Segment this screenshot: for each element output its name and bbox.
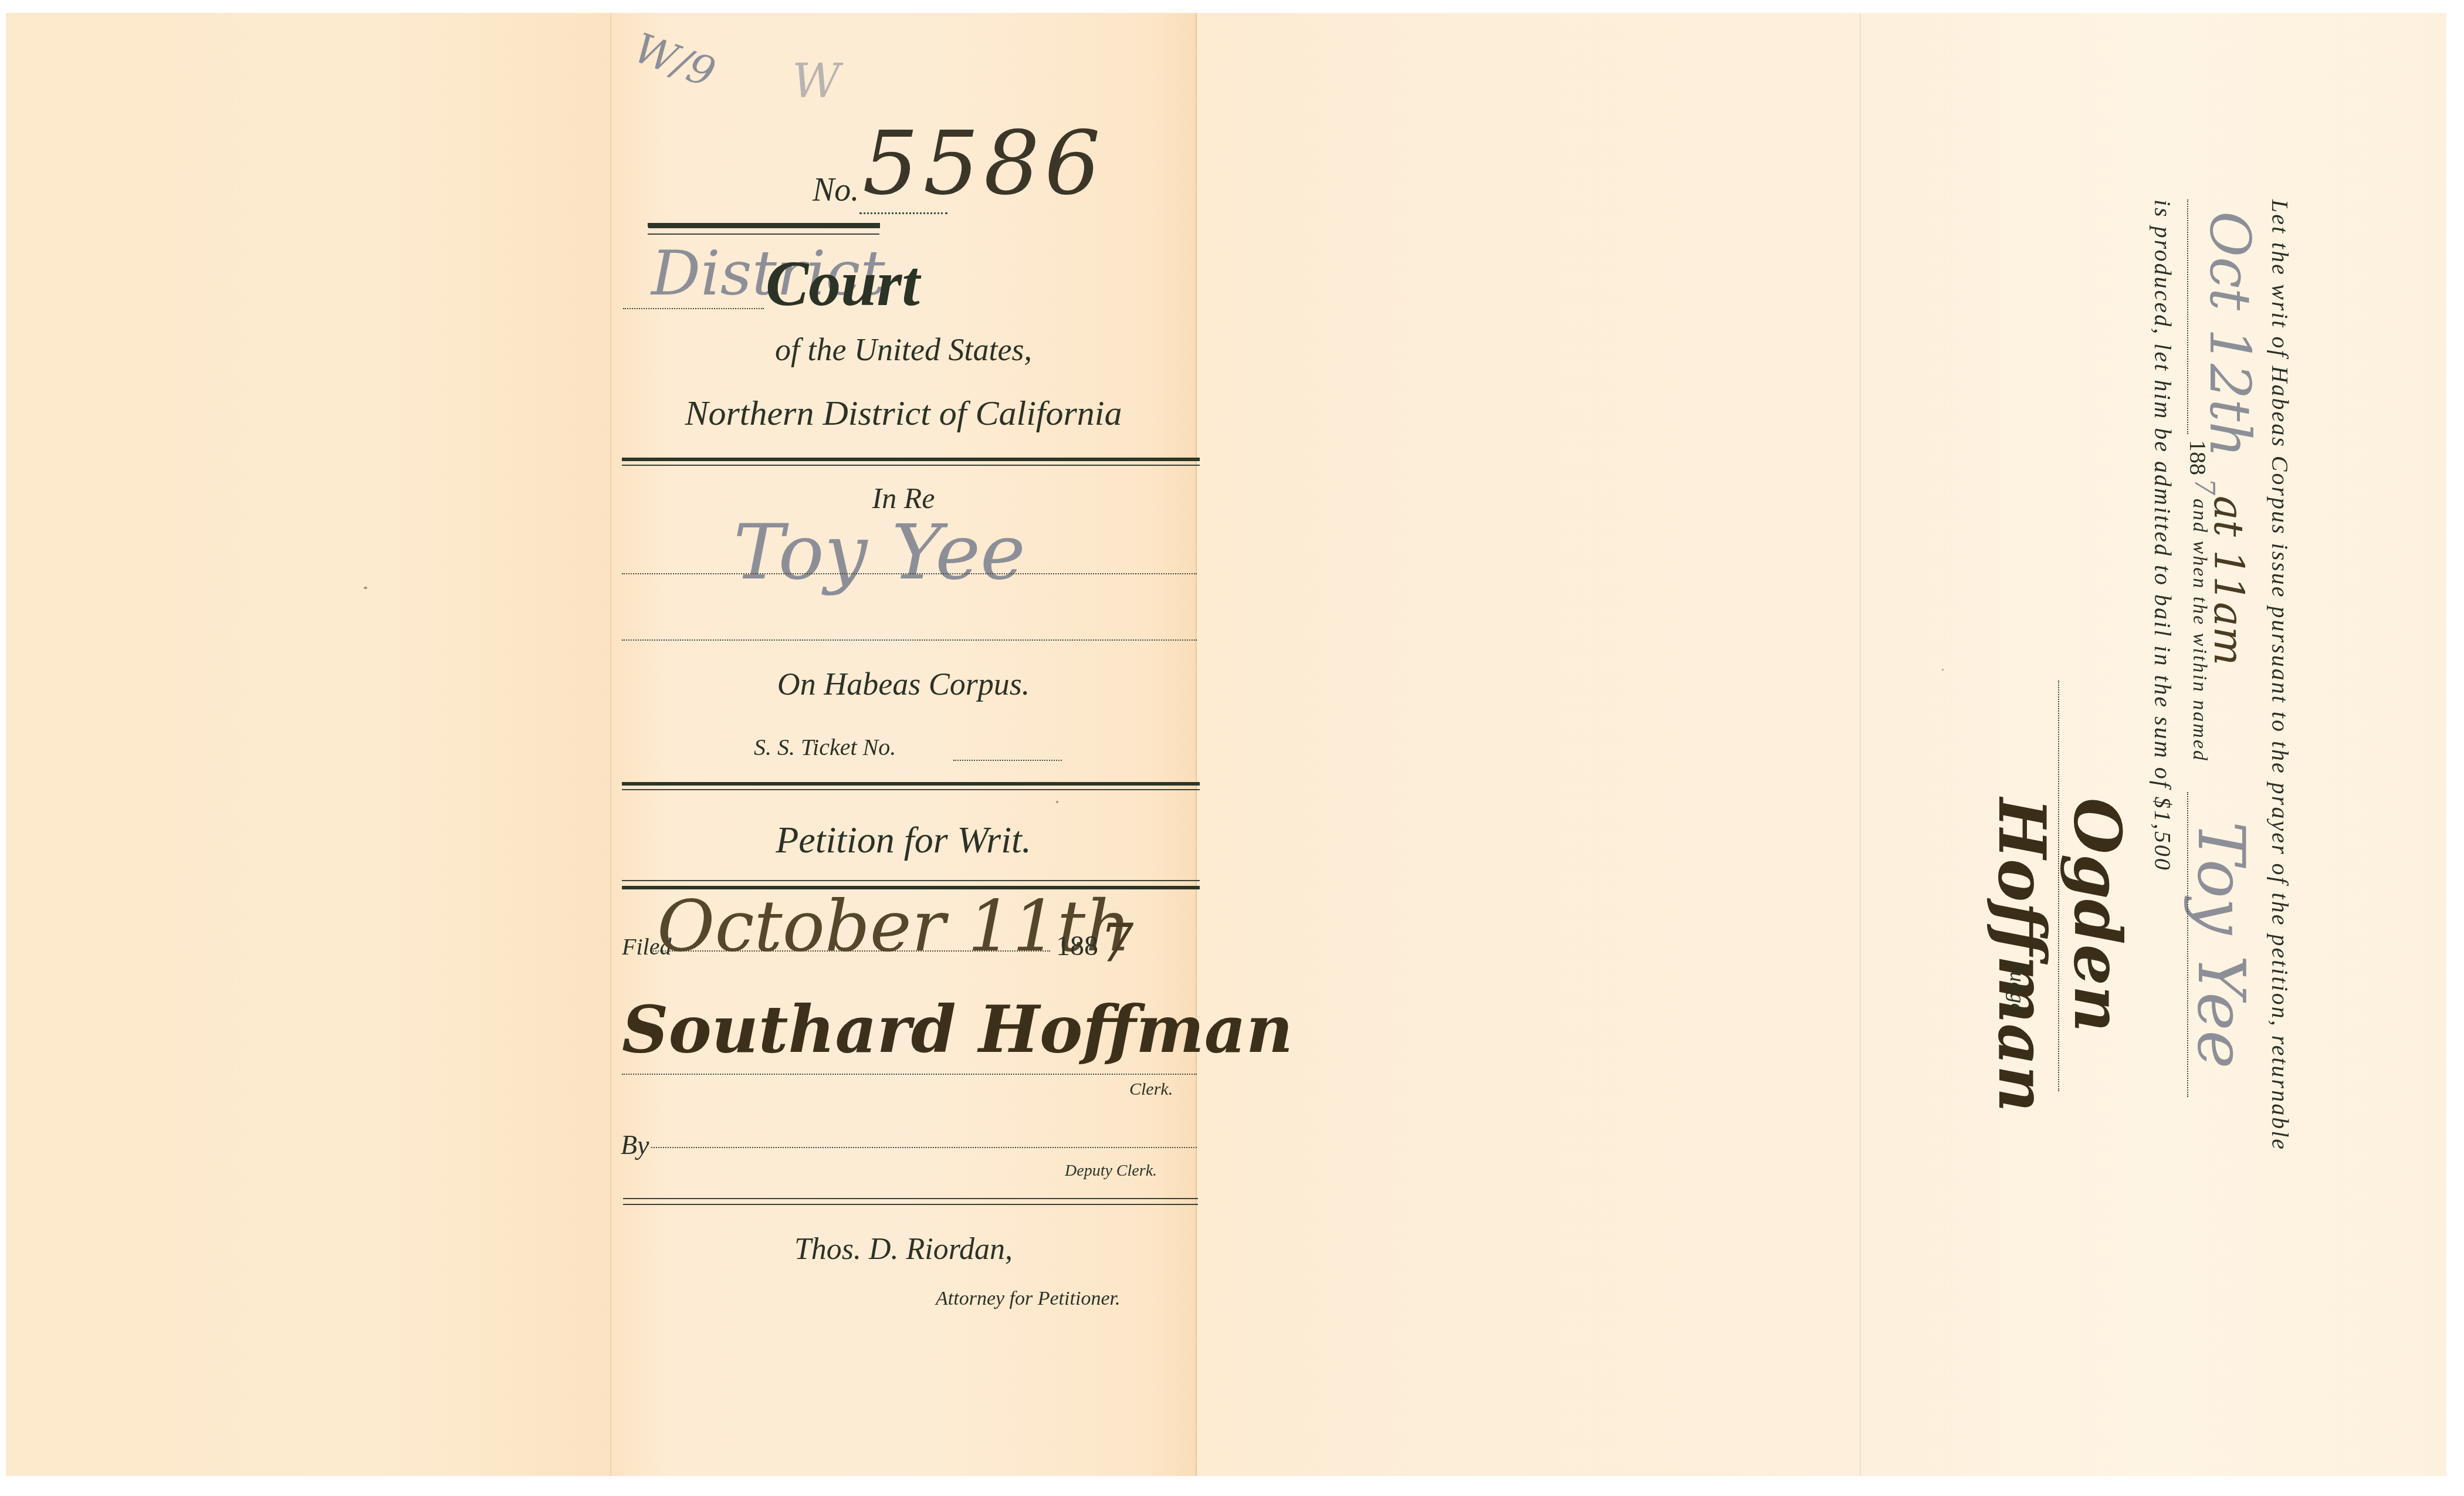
order-line-1: Let the writ of Habeas Corpus issue purs… bbox=[2266, 199, 2294, 1151]
court-line-2: of the United States, bbox=[610, 331, 1197, 368]
blank-panel-middle bbox=[1197, 13, 1860, 1476]
order-year-handwritten: 7 bbox=[2189, 478, 2221, 495]
filed-date-line bbox=[651, 950, 1050, 952]
clerk-line bbox=[622, 1074, 1197, 1075]
rule-thin bbox=[622, 789, 1200, 790]
ticket-number-field bbox=[953, 760, 1062, 761]
order-date-line bbox=[2187, 199, 2188, 434]
court-line-3: Northern District of California bbox=[610, 393, 1197, 434]
rule-top-thin bbox=[648, 233, 879, 235]
paper-speck bbox=[1942, 669, 1944, 671]
court-type-line bbox=[623, 308, 764, 309]
filed-year-handwritten: 7 bbox=[1100, 912, 1133, 974]
name-line-2 bbox=[622, 639, 1197, 641]
proceeding-label: On Habeas Corpus. bbox=[610, 666, 1197, 702]
order-year-printed: 188 bbox=[2184, 440, 2212, 475]
attorney-role: Attorney for Petitioner. bbox=[936, 1288, 1120, 1310]
blank-panel-left bbox=[6, 13, 610, 1476]
rule-top-thick bbox=[648, 223, 879, 226]
order-line-3: is produced, let him be admitted to bail… bbox=[2149, 199, 2177, 872]
rule-thick bbox=[622, 458, 1200, 461]
court-printed: Court bbox=[766, 246, 920, 321]
petitioner-name: Toy Yee bbox=[733, 507, 1025, 597]
rule-thin bbox=[623, 1198, 1198, 1199]
deputy-clerk-label: Deputy Clerk. bbox=[1065, 1162, 1157, 1180]
ticket-label: S. S. Ticket No. bbox=[754, 733, 896, 761]
order-name-line bbox=[2187, 792, 2188, 1097]
number-label: No. bbox=[813, 171, 859, 209]
judge-signature: Ogden Hoffman bbox=[1984, 798, 2135, 1112]
judge-line bbox=[2058, 681, 2059, 1091]
paper-speck bbox=[364, 587, 367, 589]
order-name: Toy Yee bbox=[2184, 821, 2259, 1068]
clerk-label: Clerk. bbox=[1129, 1079, 1173, 1099]
pencil-note-2: W bbox=[792, 54, 840, 109]
rule-thin bbox=[622, 465, 1200, 466]
deputy-line bbox=[651, 1147, 1197, 1148]
rule-thin bbox=[623, 1204, 1198, 1205]
attorney-name: Thos. D. Riordan, bbox=[610, 1232, 1197, 1267]
by-label: By bbox=[621, 1129, 649, 1160]
rule-thick bbox=[622, 782, 1200, 786]
order-date: Oct 12th bbox=[2197, 211, 2262, 458]
filed-year-printed: 188 bbox=[1056, 930, 1098, 962]
name-line-1 bbox=[622, 573, 1197, 574]
clerk-signature: Southard Hoffman bbox=[622, 991, 1293, 1067]
rule-thin bbox=[622, 880, 1200, 881]
document-title: Petition for Writ. bbox=[610, 818, 1197, 862]
number-line bbox=[859, 212, 947, 214]
pencil-note-1: W/9 bbox=[628, 24, 722, 97]
judge-label: Judge. bbox=[2005, 962, 2030, 1018]
order-time: at 11am bbox=[2205, 496, 2253, 665]
order-line-2: and when the within named bbox=[2188, 499, 2211, 762]
case-number: 5586 bbox=[862, 113, 1105, 215]
